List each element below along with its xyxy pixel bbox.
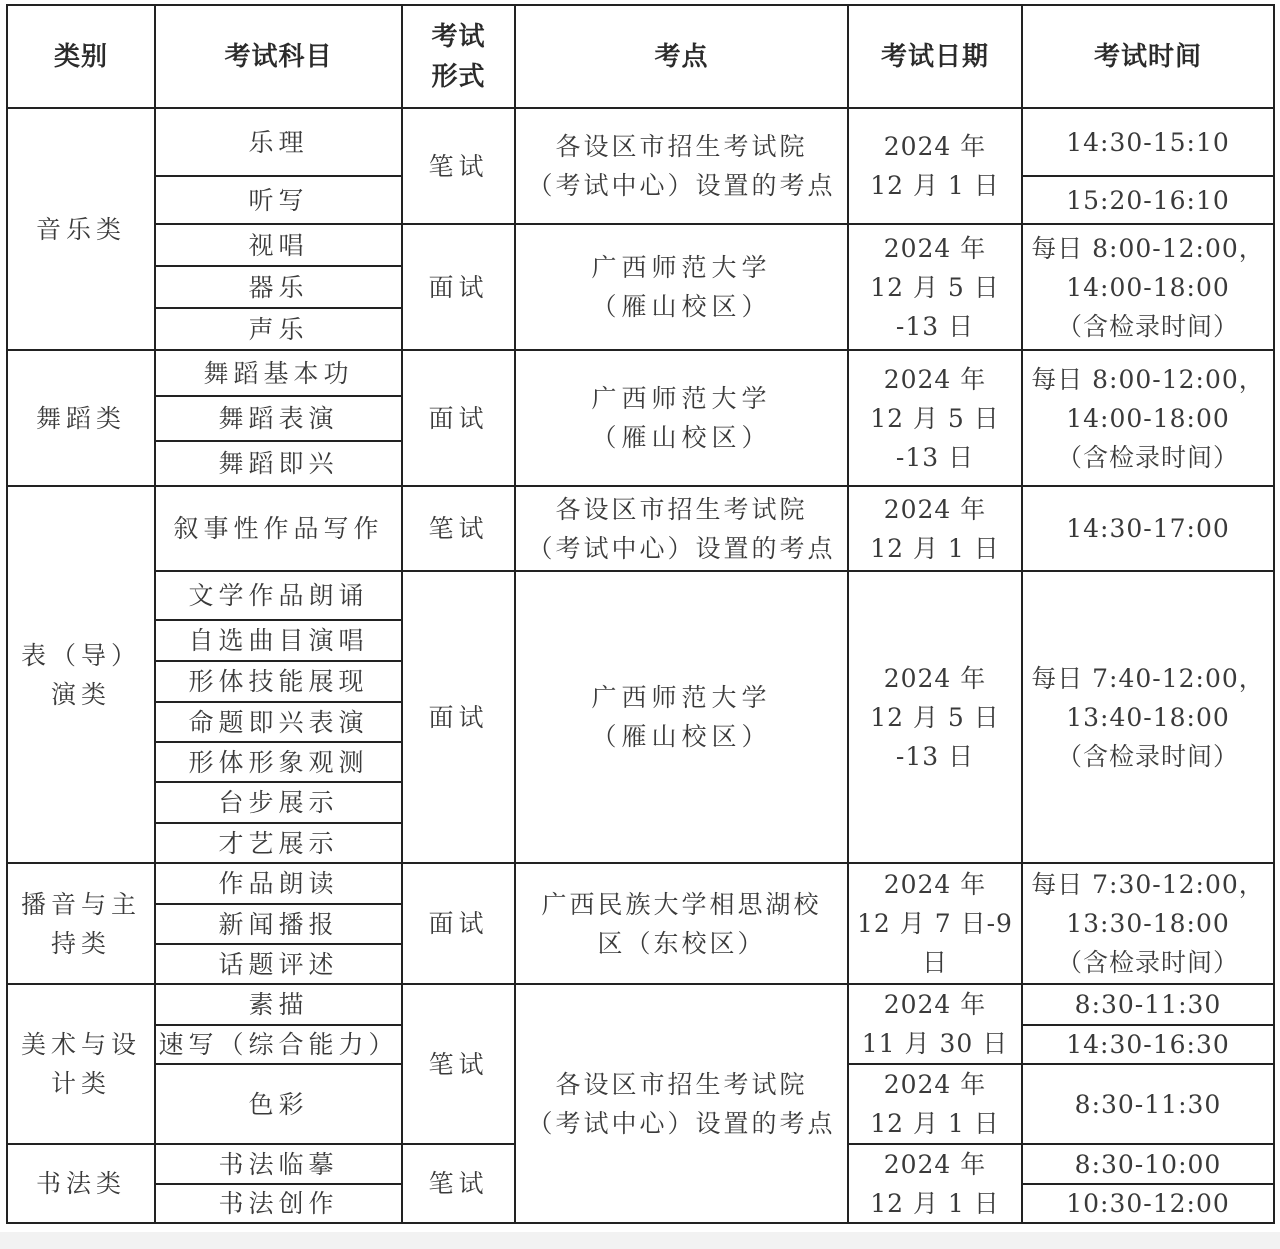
grid-line [154,822,403,824]
grid-line [154,175,403,177]
grid-line [6,1222,1275,1224]
header-time: 考试时间 [1022,5,1274,108]
grid-line [154,1063,403,1065]
subject-cell: 器乐 [155,266,402,308]
grid-line [514,4,516,1224]
grid-line [154,903,403,905]
grid-line [154,265,403,267]
grid-line [154,307,403,309]
grid-line [154,781,403,783]
time-cell: 15:20-16:10 [1022,176,1274,224]
grid-line [154,619,403,621]
category-cell: 表（导）演类 [7,486,155,863]
grid-line [154,1024,403,1026]
format-cell: 笔试 [402,1144,515,1223]
grid-line [154,1183,403,1185]
grid-line [1021,4,1023,1224]
venue-cell: 各设区市招生考试院（考试中心）设置的考点 [515,984,848,1223]
time-cell: 每日 8:00-12:00，14:00-18:00（含检录时间） [1022,224,1274,350]
subject-cell: 自选曲目演唱 [155,620,402,661]
format-cell: 笔试 [402,108,515,224]
subject-cell: 新闻播报 [155,904,402,944]
grid-line [154,741,403,743]
date-cell: 2024 年12 月 1 日 [848,486,1022,571]
subject-cell: 舞蹈即兴 [155,441,402,486]
grid-line [6,983,1275,985]
grid-line [154,4,156,1224]
subject-cell: 舞蹈基本功 [155,350,402,396]
venue-cell: 各设区市招生考试院（考试中心）设置的考点 [515,108,848,224]
grid-line [6,485,1275,487]
subject-cell: 文学作品朗诵 [155,571,402,620]
grid-line [401,4,403,1224]
grid-line [154,440,403,442]
subject-cell: 形体技能展现 [155,661,402,702]
time-cell: 8:30-11:30 [1022,1064,1274,1144]
subject-cell: 速写（综合能力） [155,1025,402,1064]
format-cell: 面试 [402,350,515,486]
header-category: 类别 [7,5,155,108]
date-cell: 2024 年12 月 1 日 [848,1064,1022,1144]
date-cell: 2024 年12 月 7 日-9日 [848,863,1022,984]
grid-line [6,862,1275,864]
header-venue: 考点 [515,5,848,108]
venue-cell: 广西师范大学（雁山校区） [515,224,848,350]
time-cell: 每日 7:30-12:00，13:30-18:00（含检录时间） [1022,863,1274,984]
grid-line [154,701,403,703]
date-cell: 2024 年12 月 5 日-13 日 [848,571,1022,863]
time-cell: 每日 7:40-12:00，13:40-18:00（含检录时间） [1022,571,1274,863]
time-cell: 14:30-16:30 [1022,1025,1274,1064]
venue-cell: 广西师范大学（雁山校区） [515,350,848,486]
category-cell: 播音与主持类 [7,863,155,984]
format-cell: 笔试 [402,486,515,571]
date-cell: 2024 年12 月 1 日 [848,1144,1022,1223]
venue-cell: 广西民族大学相思湖校区（东校区） [515,863,848,984]
time-cell: 10:30-12:00 [1022,1184,1274,1223]
grid-line [847,1143,1275,1145]
format-cell: 面试 [402,224,515,350]
subject-cell: 命题即兴表演 [155,702,402,742]
subject-cell: 形体形象观测 [155,742,402,782]
grid-line [6,349,1275,351]
grid-line [154,943,403,945]
subject-cell: 视唱 [155,224,402,266]
venue-cell: 广西师范大学（雁山校区） [515,571,848,863]
date-cell: 2024 年12 月 5 日-13 日 [848,350,1022,486]
grid-line [6,4,8,1224]
date-cell: 2024 年11 月 30 日 [848,984,1022,1064]
date-cell: 2024 年12 月 5 日-13 日 [848,224,1022,350]
header-date: 考试日期 [848,5,1022,108]
grid-line [6,4,1275,6]
format-cell: 面试 [402,571,515,863]
time-cell: 8:30-10:00 [1022,1144,1274,1184]
header-subject: 考试科目 [155,5,402,108]
grid-line [1021,175,1275,177]
subject-cell: 声乐 [155,308,402,350]
format-cell: 笔试 [402,984,515,1144]
category-cell: 舞蹈类 [7,350,155,486]
subject-cell: 乐理 [155,108,402,176]
subject-cell: 书法临摹 [155,1144,402,1184]
time-cell: 每日 8:00-12:00，14:00-18:00（含检录时间） [1022,350,1274,486]
subject-cell: 作品朗读 [155,863,402,904]
subject-cell: 色彩 [155,1064,402,1144]
grid-line [154,570,1275,572]
grid-line [6,107,1275,109]
grid-line [1021,1183,1275,1185]
grid-line [154,395,403,397]
subject-cell: 叙事性作品写作 [155,486,402,571]
page-bottom-band [0,1232,1280,1249]
subject-cell: 舞蹈表演 [155,396,402,441]
category-cell: 书法类 [7,1144,155,1223]
grid-line [847,4,849,1224]
time-cell: 8:30-11:30 [1022,984,1274,1025]
venue-cell: 各设区市招生考试院（考试中心）设置的考点 [515,486,848,571]
exam-schedule-table: 类别 考试科目 考试形式 考点 考试日期 考试时间 音乐类 乐理 听写 视唱 器… [0,0,1280,1249]
subject-cell: 才艺展示 [155,823,402,863]
subject-cell: 书法创作 [155,1184,402,1223]
grid-line [847,1063,1275,1065]
date-cell: 2024 年12 月 1 日 [848,108,1022,224]
grid-line [6,1143,515,1145]
header-format: 考试形式 [402,5,515,108]
grid-line [154,223,1275,225]
time-cell: 14:30-17:00 [1022,486,1274,571]
time-cell: 14:30-15:10 [1022,108,1274,176]
subject-cell: 听写 [155,176,402,224]
grid-line [154,660,403,662]
grid-line [1021,1024,1275,1026]
category-cell: 音乐类 [7,108,155,350]
grid-line [1273,4,1275,1224]
category-cell: 美术与设计类 [7,984,155,1144]
subject-cell: 素描 [155,984,402,1025]
subject-cell: 台步展示 [155,782,402,823]
subject-cell: 话题评述 [155,944,402,984]
format-cell: 面试 [402,863,515,984]
